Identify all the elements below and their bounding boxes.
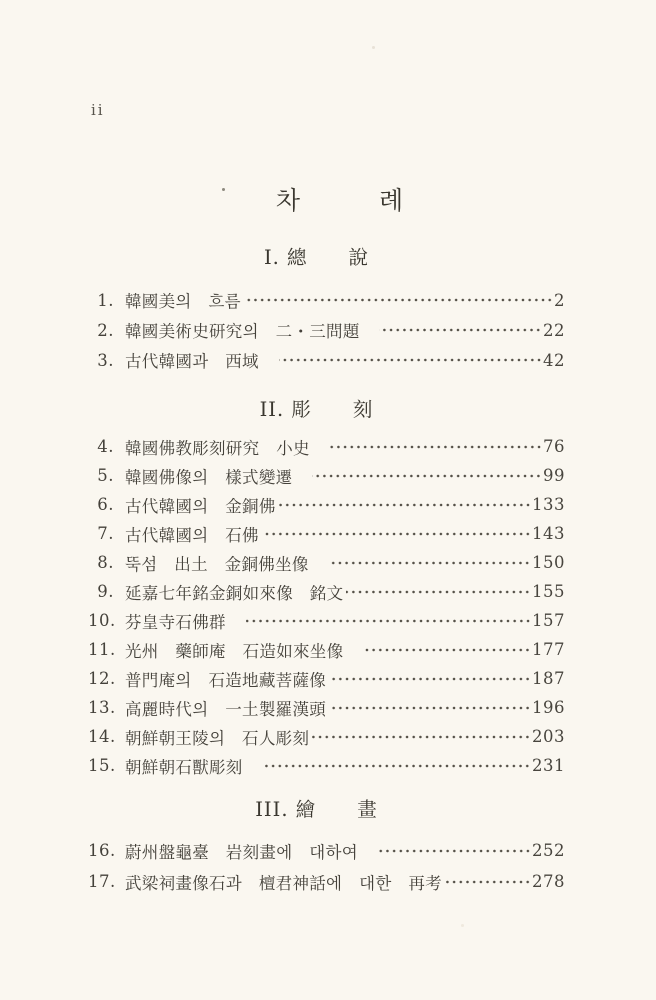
- entry-page-number: 155: [532, 582, 565, 601]
- entry-number: 17.: [88, 872, 114, 891]
- toc-entry: 9. 延嘉七年銘金銅如來像 銘文 155: [88, 577, 565, 606]
- dot-leader: [312, 722, 531, 751]
- entry-title: 韓國佛教彫刻研究 小史: [125, 435, 327, 459]
- entry-number: 2.: [88, 321, 114, 340]
- entry-title: 뚝섬 出土 金銅佛坐像: [125, 551, 325, 575]
- section-heading: III. 繪 畫: [78, 795, 555, 825]
- entry-page-number: 252: [532, 841, 565, 860]
- entry-page-number: 76: [543, 437, 565, 456]
- dot-leader: [262, 751, 531, 780]
- entry-number: 7.: [88, 524, 114, 543]
- entry-title: 光州 藥師庵 石造如來坐像: [125, 638, 360, 662]
- entry-title: 高麗時代의 一土製羅漢頭: [125, 696, 326, 720]
- entry-page-number: 157: [532, 611, 565, 630]
- entry-page-number: 278: [532, 872, 565, 891]
- toc-entry: 3. 古代韓國과 西域 42: [88, 345, 565, 375]
- entry-number: 12.: [88, 669, 114, 688]
- entry-page-number: 143: [532, 524, 565, 543]
- toc-entry: 11. 光州 藥師庵 石造如來坐像 177: [88, 635, 565, 664]
- toc-entry: 13. 高麗時代의 一土製羅漢頭 196: [88, 693, 565, 722]
- entry-page-number: 42: [543, 351, 565, 370]
- entry-page-number: 2: [554, 291, 565, 310]
- entry-number: 16.: [88, 841, 114, 860]
- entry-number: 4.: [88, 437, 114, 456]
- entry-title: 古代韓國의 金銅佛: [125, 493, 276, 517]
- entry-page-number: 187: [532, 669, 565, 688]
- dot-leader: [346, 577, 531, 606]
- entry-number: 13.: [88, 698, 114, 717]
- toc-entry: 2. 韓國美術史研究의 二・三問題 22: [88, 315, 565, 345]
- toc-section: III. 繪 畫 16. 蔚州盤龜臺 岩刻畫에 대하여 252 17. 武梁祠畫…: [88, 795, 565, 897]
- entry-title: 韓國美의 흐름: [125, 288, 241, 312]
- entry-page-number: 150: [532, 553, 565, 572]
- entry-number: 15.: [88, 756, 114, 775]
- dot-leader: [329, 664, 531, 693]
- toc-entry: 5. 韓國佛像의 樣式變遷 99: [88, 461, 565, 490]
- dot-leader: [329, 693, 531, 722]
- toc-entry: 17. 武梁祠畫像石과 檀君神話에 대한 再考 278: [88, 866, 565, 897]
- dot-leader: [244, 285, 553, 315]
- toc-section: II. 彫 刻 4. 韓國佛教彫刻研究 小史 76 5. 韓國佛像의 樣式變遷 …: [88, 395, 565, 780]
- entry-number: 6.: [88, 495, 114, 514]
- page-title: 차 례: [12, 182, 656, 220]
- dot-leader: [279, 345, 542, 375]
- dust-speck: [372, 46, 375, 49]
- dot-leader: [328, 548, 531, 577]
- section-heading: I. 總 說: [78, 243, 555, 273]
- entry-number: 14.: [88, 727, 114, 746]
- entry-number: 10.: [88, 611, 114, 630]
- entry-title: 古代韓國과 西域: [125, 348, 276, 372]
- entry-title: 普門庵의 石造地藏菩薩像: [125, 667, 326, 691]
- toc-entry: 7. 古代韓國의 石佛 143: [88, 519, 565, 548]
- dot-leader: [279, 490, 531, 519]
- entry-page-number: 177: [532, 640, 565, 659]
- scanned-toc-page: ii 차 례 I. 總 說 1. 韓國美의 흐름 2 2. 韓國美術史研究의 二…: [0, 0, 656, 1000]
- toc-section: I. 總 說 1. 韓國美의 흐름 2 2. 韓國美術史研究의 二・三問題 22…: [88, 243, 565, 375]
- entry-number: 11.: [88, 640, 114, 659]
- toc-entry: 16. 蔚州盤龜臺 岩刻畫에 대하여 252: [88, 835, 565, 866]
- entry-title: 韓國佛像의 樣式變遷: [125, 464, 309, 488]
- entry-page-number: 196: [532, 698, 565, 717]
- dot-leader: [246, 606, 531, 635]
- toc-entry: 15. 朝鮮朝石獸彫刻 231: [88, 751, 565, 780]
- dot-leader: [363, 635, 531, 664]
- entry-title: 延嘉七年銘金銅如來像 銘文: [125, 580, 343, 604]
- entry-title: 朝鮮朝王陵의 石人彫刻: [125, 725, 309, 749]
- entry-number: 9.: [88, 582, 114, 601]
- toc-entry: 6. 古代韓國의 金銅佛 133: [88, 490, 565, 519]
- dust-speck: [461, 924, 464, 927]
- entry-number: 5.: [88, 466, 114, 485]
- entry-number: 3.: [88, 351, 114, 370]
- entry-title: 芬皇寺石佛群: [125, 609, 243, 633]
- toc-entry: 12. 普門庵의 石造地藏菩薩像 187: [88, 664, 565, 693]
- folio-page-number: ii: [91, 101, 105, 119]
- entry-number: 8.: [88, 553, 114, 572]
- entry-page-number: 22: [543, 321, 565, 340]
- toc-entry: 8. 뚝섬 出土 金銅佛坐像 150: [88, 548, 565, 577]
- entry-page-number: 203: [532, 727, 565, 746]
- entry-page-number: 231: [532, 756, 565, 775]
- toc-entry: 1. 韓國美의 흐름 2: [88, 285, 565, 315]
- section-entries: 1. 韓國美의 흐름 2 2. 韓國美術史研究의 二・三問題 22 3. 古代韓…: [88, 285, 565, 375]
- dot-leader: [312, 461, 542, 490]
- dot-leader: [262, 519, 531, 548]
- dot-leader: [330, 432, 542, 461]
- toc-sections: I. 總 說 1. 韓國美의 흐름 2 2. 韓國美術史研究의 二・三問題 22…: [88, 243, 565, 897]
- entry-page-number: 99: [543, 466, 565, 485]
- toc-entry: 4. 韓國佛教彫刻研究 小史 76: [88, 432, 565, 461]
- entry-page-number: 133: [532, 495, 565, 514]
- dot-leader: [378, 835, 531, 866]
- entry-title: 武梁祠畫像石과 檀君神話에 대한 再考: [125, 870, 442, 894]
- toc-entry: 14. 朝鮮朝王陵의 石人彫刻 203: [88, 722, 565, 751]
- dot-leader: [379, 315, 542, 345]
- entry-number: 1.: [88, 291, 114, 310]
- entry-title: 韓國美術史研究의 二・三問題: [125, 318, 376, 342]
- section-entries: 16. 蔚州盤龜臺 岩刻畫에 대하여 252 17. 武梁祠畫像石과 檀君神話에…: [88, 835, 565, 897]
- entry-title: 蔚州盤龜臺 岩刻畫에 대하여: [125, 839, 375, 863]
- section-entries: 4. 韓國佛教彫刻研究 小史 76 5. 韓國佛像의 樣式變遷 99 6. 古代…: [88, 432, 565, 780]
- toc-entry: 10. 芬皇寺石佛群 157: [88, 606, 565, 635]
- dot-leader: [445, 866, 531, 897]
- entry-title: 朝鮮朝石獸彫刻: [125, 754, 259, 778]
- entry-title: 古代韓國의 石佛: [125, 522, 259, 546]
- dust-speck: [222, 188, 225, 191]
- section-heading: II. 彫 刻: [78, 395, 555, 425]
